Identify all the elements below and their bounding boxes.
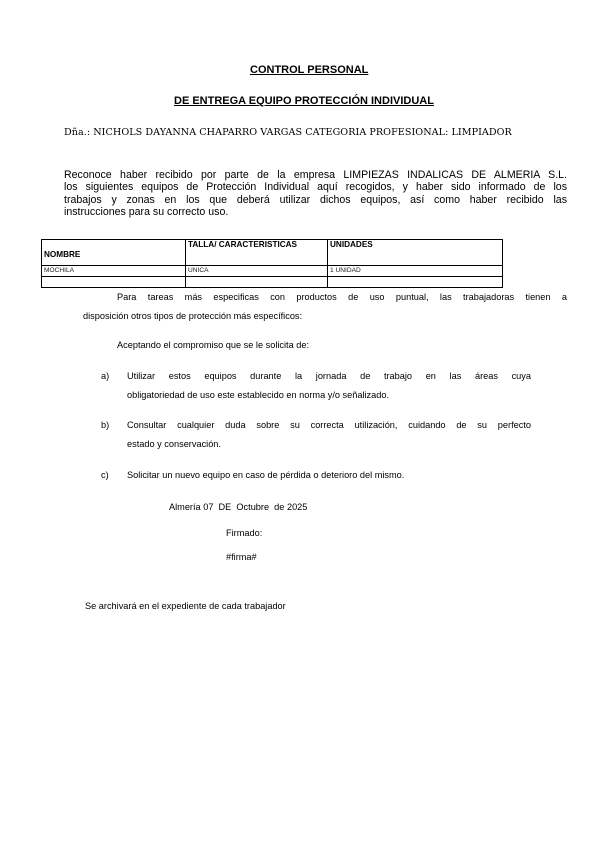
list-item-line: Utilizar estos equipos durante la jornad… bbox=[127, 371, 531, 382]
signature-placeholder: #firma# bbox=[226, 552, 257, 563]
equipment-table: NOMBRE TALLA/ CARACTERISTICAS UNIDADES M… bbox=[41, 239, 503, 288]
list-marker: a) bbox=[101, 371, 109, 382]
paragraph-specific-line1: Para tareas más especificas con producto… bbox=[117, 292, 567, 303]
list-marker: c) bbox=[101, 470, 109, 481]
cell-talla bbox=[186, 277, 328, 288]
document-subtitle: DE ENTREGA EQUIPO PROTECCIÓN INDIVIDUAL bbox=[174, 95, 434, 107]
signed-label: Firmado: bbox=[226, 528, 262, 539]
header-talla: TALLA/ CARACTERISTICAS bbox=[186, 240, 328, 266]
date-line: Almería 07 DE Octubre de 2025 bbox=[169, 502, 307, 513]
table-header-row: NOMBRE TALLA/ CARACTERISTICAS UNIDADES bbox=[42, 240, 503, 266]
cell-talla: UNICA bbox=[186, 266, 328, 277]
list-item-line: estado y conservación. bbox=[127, 439, 531, 450]
table-row bbox=[42, 277, 503, 288]
intro-paragraph: Reconoce haber recibido por parte de la … bbox=[64, 169, 567, 219]
intro-line: trabajos y zonas en los que deberá utili… bbox=[64, 194, 567, 206]
cell-nombre: MOCHILA bbox=[42, 266, 186, 277]
document-title: CONTROL PERSONAL bbox=[250, 64, 368, 76]
footer-note: Se archivará en el expediente de cada tr… bbox=[85, 601, 286, 612]
cell-unidades bbox=[328, 277, 503, 288]
list-item-line: Consultar cualquier duda sobre su correc… bbox=[127, 420, 531, 431]
list-item-line: Solicitar un nuevo equipo en caso de pér… bbox=[127, 470, 531, 481]
cell-unidades: 1 UNIDAD bbox=[328, 266, 503, 277]
list-item-line: obligatoriedad de uso este establecido e… bbox=[127, 390, 531, 401]
intro-line: Reconoce haber recibido por parte de la … bbox=[64, 169, 567, 181]
intro-line: los siguientes equipos de Protección Ind… bbox=[64, 181, 567, 193]
cell-nombre bbox=[42, 277, 186, 288]
header-nombre: NOMBRE bbox=[42, 240, 186, 266]
table-row: MOCHILA UNICA 1 UNIDAD bbox=[42, 266, 503, 277]
employee-line: Dña.: NICHOLS DAYANNA CHAPARRO VARGAS CA… bbox=[64, 127, 512, 138]
intro-line: instrucciones para su correcto uso. bbox=[64, 206, 567, 218]
list-marker: b) bbox=[101, 420, 109, 431]
paragraph-commitment: Aceptando el compromiso que se le solici… bbox=[117, 340, 309, 351]
header-unidades: UNIDADES bbox=[328, 240, 503, 266]
paragraph-specific-line2: disposición otros tipos de protección má… bbox=[83, 311, 302, 322]
